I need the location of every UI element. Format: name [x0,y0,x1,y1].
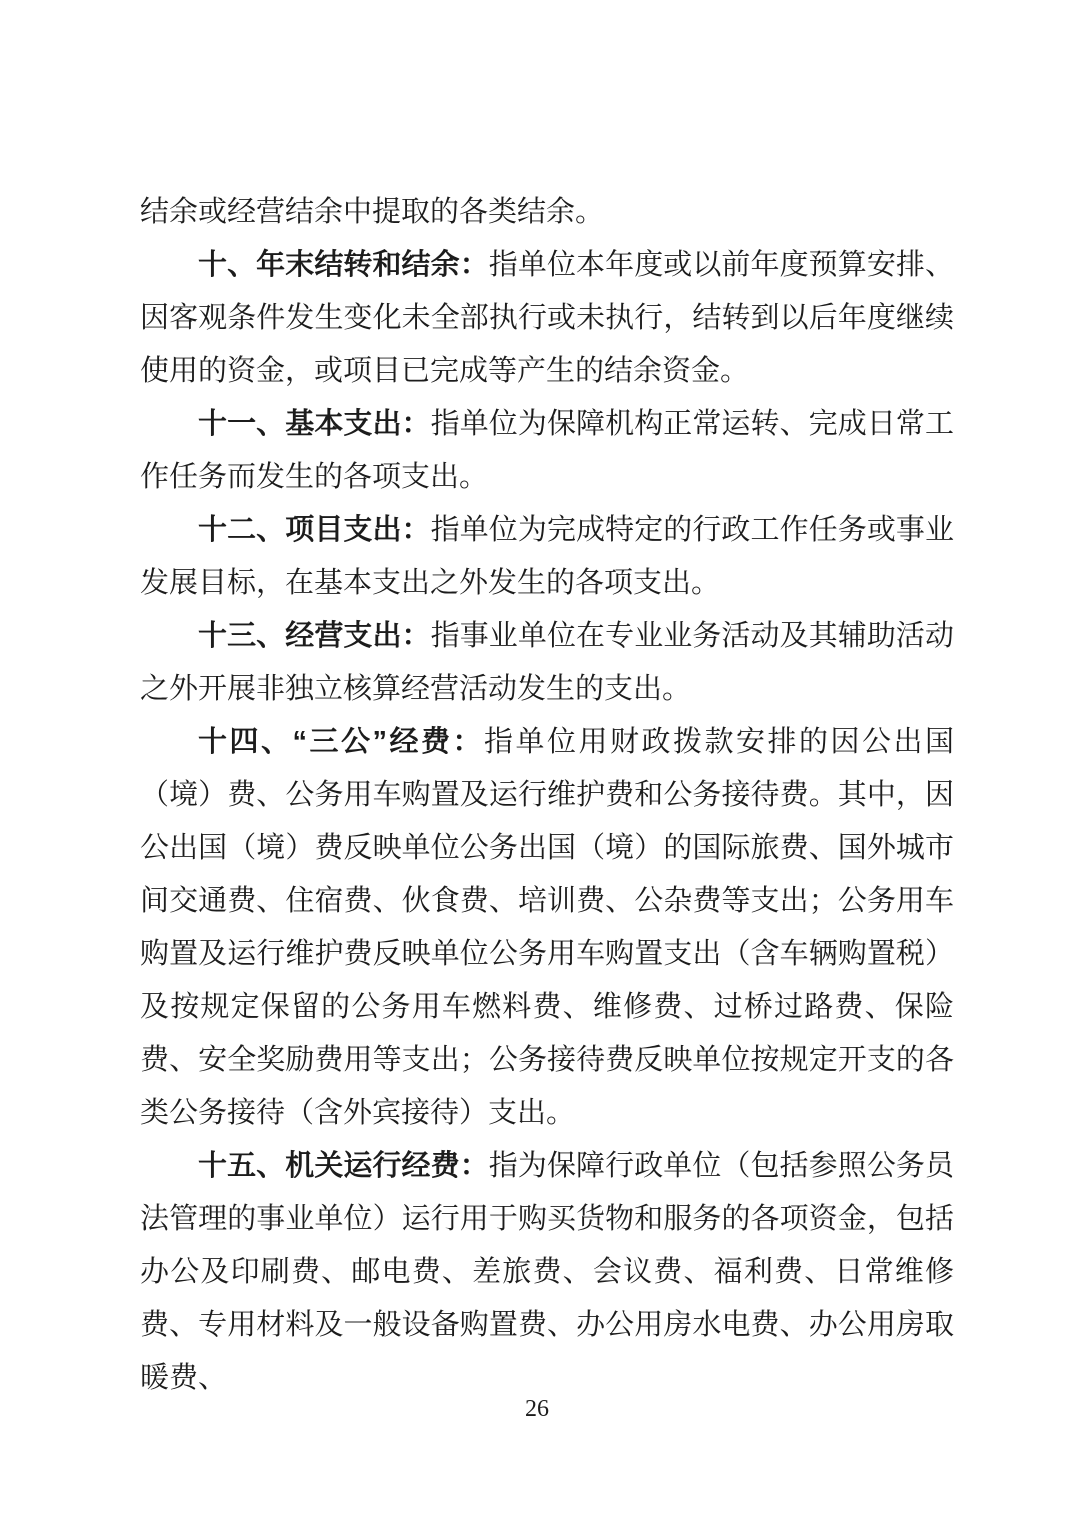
term-label: 十三、经营支出： [198,620,431,652]
paragraph-item-12: 十二、项目支出：指单位为完成特定的行政工作任务或事业发展目标，在基本支出之外发生… [140,504,954,610]
paragraph-text: 指为保障行政单位（包括参照公务员法管理的事业单位）运行用于购买货物和服务的各项资… [140,1150,954,1394]
term-label: 十一、基本支出： [198,408,431,440]
paragraph-item-11: 十一、基本支出：指单位为保障机构正常运转、完成日常工作任务而发生的各项支出。 [140,398,954,504]
paragraph-continued: 结余或经营结余中提取的各类结余。 [140,186,954,239]
page-number: 26 [0,1396,1074,1423]
paragraph-item-15: 十五、机关运行经费：指为保障行政单位（包括参照公务员法管理的事业单位）运行用于购… [140,1140,954,1405]
term-label: 十、年末结转和结余： [198,249,489,281]
paragraph-item-13: 十三、经营支出：指事业单位在专业业务活动及其辅助活动之外开展非独立核算经营活动发… [140,610,954,716]
term-label: 十四、“三公”经费： [198,726,484,758]
paragraph-text: 结余或经营结余中提取的各类结余。 [140,196,604,228]
document-page: 结余或经营结余中提取的各类结余。 十、年末结转和结余：指单位本年度或以前年度预算… [0,0,1074,1520]
paragraph-text: 指单位用财政拨款安排的因公出国（境）费、公务用车购置及运行维护费和公务接待费。其… [140,726,954,1129]
term-label: 十二、项目支出： [198,514,431,546]
paragraph-item-10: 十、年末结转和结余：指单位本年度或以前年度预算安排、因客观条件发生变化未全部执行… [140,239,954,398]
page-body-text: 结余或经营结余中提取的各类结余。 十、年末结转和结余：指单位本年度或以前年度预算… [140,186,954,1405]
term-label: 十五、机关运行经费： [198,1150,489,1182]
paragraph-item-14: 十四、“三公”经费：指单位用财政拨款安排的因公出国（境）费、公务用车购置及运行维… [140,716,954,1140]
